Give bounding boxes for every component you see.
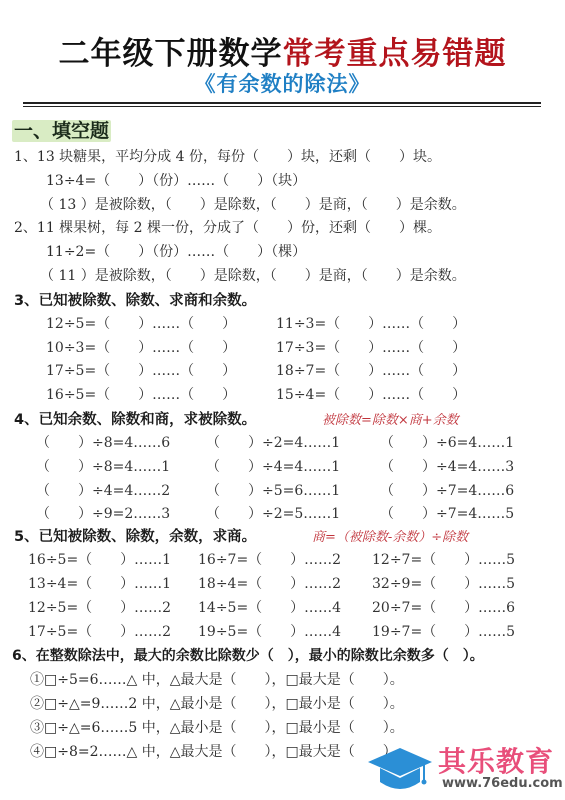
- q5-item: 17÷5=（ ）……2: [28, 621, 171, 641]
- q5-heading: 5、已知被除数、除数，余数，求商。: [14, 525, 256, 546]
- q4-item: （ ）÷9=2……3: [36, 503, 170, 523]
- title-divider: [23, 102, 541, 104]
- q6-heading: 6、在整数除法中，最大的余数比除数少（ ），最小的除数比余数多（ ）。: [12, 645, 484, 665]
- section-heading: 一、填空题: [12, 116, 111, 143]
- q1-parts: （ 13 ）是被除数，（ ）是除数，（ ）是商，（ ）是余数。: [40, 194, 466, 214]
- q2-equation: 11÷2=（ ）（份）……（ ）（棵）: [46, 241, 306, 261]
- q4-formula-hint: 被除数=除数×商+余数: [322, 409, 459, 428]
- q6-item: ②□÷△=9……2 中，△最小是（ ），□最小是（ ）。: [30, 693, 404, 713]
- q3-heading: 3、已知被除数、除数、求商和余数。: [14, 289, 256, 310]
- q5-item: 16÷7=（ ）……2: [198, 549, 341, 569]
- q6-item: ①□÷5=6……△ 中，△最大是（ ），□最大是（ ）。: [30, 669, 404, 689]
- q5-item: 16÷5=（ ）……1: [28, 549, 171, 569]
- q3-item: 17÷5=（ ）……（ ）: [46, 360, 236, 380]
- q5-item: 14÷5=（ ）……4: [198, 597, 341, 617]
- worksheet-subtitle: 《有余数的除法》: [0, 68, 565, 98]
- q5-item: 19÷5=（ ）……4: [198, 621, 341, 641]
- q5-item: 19÷7=（ ）……5: [372, 621, 515, 641]
- title-emphasis: 常考重点易错题: [283, 36, 507, 72]
- q5-formula-hint: 商=（被除数-余数）÷除数: [312, 526, 468, 545]
- q5-item: 32÷9=（ ）……5: [372, 573, 515, 593]
- watermark-brand: 其乐教育: [438, 740, 554, 780]
- q3-item: 17÷3=（ ）……（ ）: [276, 337, 466, 357]
- graduation-cap-icon: [366, 746, 434, 794]
- q6-item: ④□÷8=2……△ 中，△最大是（ ），□最大是（ ）。: [30, 741, 404, 761]
- q4-item: （ ）÷2=5……1: [206, 503, 340, 523]
- q5-item: 12÷7=（ ）……5: [372, 549, 515, 569]
- q4-item: （ ）÷7=4……5: [380, 503, 514, 523]
- q2-text: 2、11 棵果树，每 2 棵一份，分成了（ ）份，还剩（ ）棵。: [14, 217, 441, 237]
- q4-item: （ ）÷4=4……3: [380, 456, 514, 476]
- q2-parts: （ 11 ）是被除数，（ ）是除数，（ ）是商，（ ）是余数。: [40, 265, 466, 285]
- q1-text: 1、13 块糖果，平均分成 4 份，每份（ ）块，还剩（ ）块。: [14, 146, 441, 166]
- worksheet-page: 二年级下册数学常考重点易错题 《有余数的除法》 一、填空题 1、13 块糖果，平…: [0, 0, 565, 800]
- q3-item: 15÷4=（ ）……（ ）: [276, 384, 466, 404]
- q5-item: 12÷5=（ ）……2: [28, 597, 171, 617]
- title-grade: 二年级下册数学: [59, 36, 283, 72]
- q5-item: 18÷4=（ ）……2: [198, 573, 341, 593]
- q4-item: （ ）÷7=4……6: [380, 480, 514, 500]
- title-divider-thin: [23, 106, 541, 107]
- q4-item: （ ）÷4=4……1: [206, 456, 340, 476]
- q3-item: 16÷5=（ ）……（ ）: [46, 384, 236, 404]
- q4-item: （ ）÷8=4……6: [36, 432, 170, 452]
- worksheet-title: 二年级下册数学常考重点易错题: [0, 28, 565, 73]
- q4-item: （ ）÷6=4……1: [380, 432, 514, 452]
- q4-item: （ ）÷4=4……2: [36, 480, 170, 500]
- q6-item: ③□÷△=6……5 中，△最小是（ ），□最小是（ ）。: [30, 717, 404, 737]
- q4-item: （ ）÷8=4……1: [36, 456, 170, 476]
- q3-item: 18÷7=（ ）……（ ）: [276, 360, 466, 380]
- q4-item: （ ）÷2=4……1: [206, 432, 340, 452]
- q5-item: 20÷7=（ ）……6: [372, 597, 515, 617]
- watermark-url: www.76edu.com: [442, 776, 563, 791]
- q4-heading: 4、已知余数、除数和商，求被除数。: [14, 408, 256, 429]
- watermark-logo: 其乐教育 www.76edu.com: [366, 738, 561, 798]
- q3-item: 11÷3=（ ）……（ ）: [276, 313, 466, 333]
- q3-item: 12÷5=（ ）……（ ）: [46, 313, 236, 333]
- q4-item: （ ）÷5=6……1: [206, 480, 340, 500]
- q5-item: 13÷4=（ ）……1: [28, 573, 171, 593]
- q1-equation: 13÷4=（ ）（份）……（ ）（块）: [46, 170, 306, 190]
- q3-item: 10÷3=（ ）……（ ）: [46, 337, 236, 357]
